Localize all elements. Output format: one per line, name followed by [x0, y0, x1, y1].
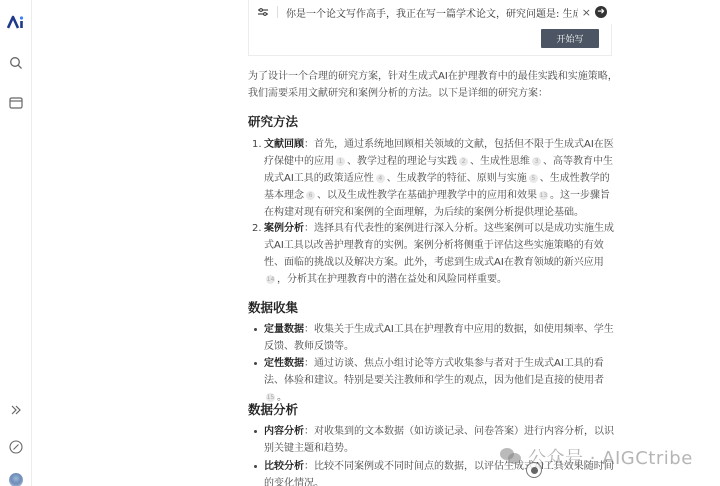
list-item: 定性数据：通过访谈、焦点小组讨论等方式收集参与者对于生成式AI工具的看法、体验和…: [254, 355, 614, 406]
clear-icon[interactable]: ×: [582, 6, 591, 19]
item-text: ：选择具有代表性的案例进行深入分析。这些案例可以是成功实施生成式AI工具以改善护…: [264, 223, 614, 268]
bullet-icon: [254, 465, 257, 468]
section-heading-analyze: 数据分析: [248, 400, 298, 418]
list-item: 定量数据：收集关于生成式AI工具在护理教育中应用的数据，如使用频率、学生反馈、教…: [254, 321, 614, 355]
avatar[interactable]: [0, 472, 32, 486]
list-item: 2. 案例分析：选择具有代表性的案例进行深入分析。这些案例可以是成功实施生成式A…: [252, 220, 614, 288]
watermark-text: 公众号 · AIGCtribe: [528, 444, 693, 470]
submit-arrow-icon[interactable]: ➜: [595, 6, 607, 18]
citation-badge[interactable]: 13: [539, 191, 548, 200]
list-number: 1.: [252, 136, 262, 153]
list-number: 2.: [252, 220, 262, 237]
record-dot-icon: [531, 467, 538, 474]
wechat-icon: [500, 448, 522, 466]
bullet-icon: [254, 362, 257, 365]
list-item: 1. 文献回顾：首先，通过系统地回顾相关领域的文献，包括但不限于生成式AI在医疗…: [252, 136, 614, 221]
prompt-bar: 你是一个论文写作高手，我正在写一篇学术论文，研究问题是: 生成式AI在 × ➜: [249, 0, 613, 24]
sidebar: [0, 0, 32, 486]
panel-icon[interactable]: [0, 93, 32, 113]
citation-badge[interactable]: 1: [336, 157, 345, 166]
item-text: 、以及生成性教学在基础护理教学中的应用和效果: [317, 190, 537, 201]
item-text: ，分析其在护理教育中的潜在益处和风险同样重要。: [277, 274, 507, 285]
section-heading-collect: 数据收集: [248, 298, 298, 316]
item-label: 内容分析: [264, 426, 304, 437]
intro-paragraph: 为了设计一个合理的研究方案，针对生成式AI在护理教育中的最佳实践和实施策略，我们…: [248, 68, 618, 102]
search-icon[interactable]: [0, 53, 32, 73]
item-label: 文献回顾: [264, 139, 304, 150]
item-label: 案例分析: [264, 223, 304, 234]
start-writing-button[interactable]: 开始写: [541, 29, 599, 48]
citation-badge[interactable]: 14: [266, 275, 275, 284]
item-text: 、教学过程的理论与实践: [347, 156, 457, 167]
item-text: 、生成性思维: [470, 156, 530, 167]
citation-badge[interactable]: 6: [306, 191, 315, 200]
citation-badge[interactable]: 2: [459, 157, 468, 166]
citation-badge[interactable]: 5: [529, 174, 538, 183]
section-heading-method: 研究方法: [248, 112, 298, 130]
record-button[interactable]: [526, 462, 542, 478]
bullet-icon: [254, 328, 257, 331]
item-label: 定性数据: [264, 358, 304, 369]
bullet-icon: [254, 430, 257, 433]
item-text: ：通过访谈、焦点小组讨论等方式收集参与者对于生成式AI工具的看法、体验和建议。特…: [264, 358, 604, 386]
divider: [277, 6, 278, 18]
item-label: 比较分析: [264, 461, 304, 472]
settings-sliders-icon[interactable]: [249, 7, 277, 17]
item-text: 、生成教学的特征、原则与实施: [387, 173, 527, 184]
prompt-input[interactable]: 你是一个论文写作高手，我正在写一篇学术论文，研究问题是: 生成式AI在: [286, 5, 578, 20]
expand-icon[interactable]: [0, 400, 32, 420]
citation-badge[interactable]: 4: [376, 174, 385, 183]
item-text: ：收集关于生成式AI工具在护理教育中应用的数据，如使用频率、学生反馈、教师反馈等…: [264, 324, 614, 352]
link-icon[interactable]: [0, 437, 32, 457]
logo-icon[interactable]: [0, 12, 32, 32]
prompt-card: 你是一个论文写作高手，我正在写一篇学术论文，研究问题是: 生成式AI在 × ➜ …: [248, 0, 612, 56]
citation-badge[interactable]: 3: [532, 157, 541, 166]
item-label: 定量数据: [264, 324, 304, 335]
